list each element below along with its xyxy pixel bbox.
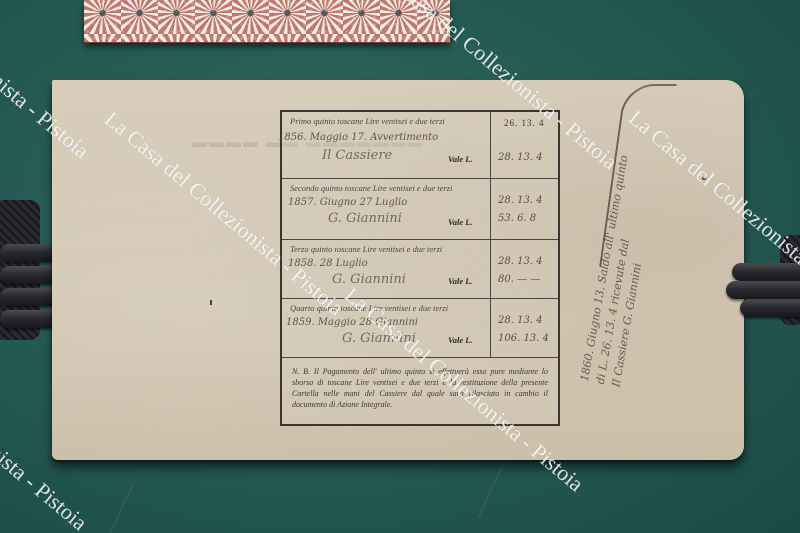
row-amount: 28. 13. 4 <box>498 152 543 163</box>
right-clamp-finger <box>732 263 800 281</box>
vale-label: Vale L. <box>448 276 473 286</box>
handwritten-signature: Il Cassiere <box>322 148 392 163</box>
row-amount-top: 28. 13. 4 <box>498 195 543 206</box>
felt-scratch <box>107 482 134 533</box>
installment-row-1: Primo quinto toscane Lire ventisei e due… <box>282 112 558 179</box>
ink-dot <box>210 300 212 305</box>
handwritten-signature: G. Giannini <box>332 272 406 287</box>
row-amount-top: 28. 13. 4 <box>498 256 543 267</box>
felt-scratch <box>477 462 504 517</box>
handwritten-date: 1857. Giugno 27 Luglio <box>288 197 407 208</box>
handwritten-date: 1856. Maggio 17. Avvertimento <box>278 132 438 143</box>
printed-line: Terzo quinto toscane Lire ventisei e due… <box>290 244 442 254</box>
vale-label: Vale L. <box>448 335 473 345</box>
row-amount: 53. 6. 8 <box>498 213 536 224</box>
row-amount-top: 28. 13. 4 <box>498 315 543 326</box>
right-clamp-finger <box>726 281 800 299</box>
right-clamp-finger <box>740 299 800 317</box>
vale-label: Vale L. <box>448 217 473 227</box>
handwritten-signature: G. Giannini <box>328 211 402 226</box>
left-clamp-finger <box>0 310 60 328</box>
nota-bene-paragraph: N. B. Il Pagamento dell' ultimo quinto s… <box>292 366 548 410</box>
vertical-handwritten-notes: 1860. Giugno 13. Saldo all' ultimo quint… <box>577 154 664 388</box>
printed-line: Primo quinto toscane Lire ventisei e due… <box>290 116 445 126</box>
row-amount: 80. — — <box>498 274 540 285</box>
installment-receipt-table: 26. 13. 4 Primo quinto toscane Lire vent… <box>280 110 560 426</box>
floral-fabric-strip <box>84 0 450 43</box>
installment-row-2: Secondo quinto toscane Lire ventisei e d… <box>282 179 558 240</box>
row-amount: 106. 13. 4 <box>498 333 549 344</box>
printed-line: Secondo quinto toscane Lire ventisei e d… <box>290 183 452 193</box>
vale-label: Vale L. <box>448 154 473 164</box>
